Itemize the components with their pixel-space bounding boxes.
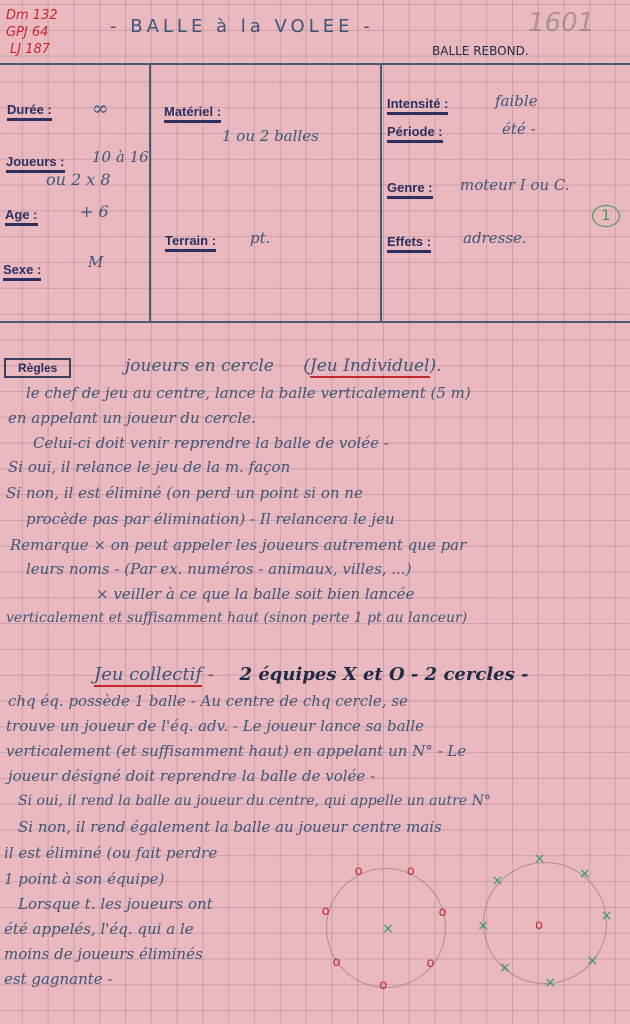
fields-divider: [0, 321, 630, 323]
rule-line: Si oui, il rend la balle au joueur du ce…: [18, 793, 491, 809]
regles-label: Règles: [4, 358, 71, 378]
rule-line: procède pas par élimination) - Il relanc…: [26, 510, 395, 528]
materiel-value: 1 ou 2 balles: [222, 127, 319, 145]
individual-tag: Jeu Individuel: [310, 356, 430, 378]
rule-line: moins de joueurs éliminés: [4, 945, 203, 963]
player-o-mark: o: [426, 956, 434, 971]
catalog-reference-3: LJ 187: [10, 42, 50, 57]
card-title-text: BALLE à la VOLEE: [130, 16, 353, 37]
sexe-value: M: [88, 253, 103, 271]
player-o-mark: o: [355, 864, 363, 879]
terrain-label: Terrain :: [165, 233, 216, 252]
rule-line: Remarque × on peut appeler les joueurs a…: [10, 536, 466, 554]
rule-line: joueur désigné doit reprendre la balle d…: [8, 767, 375, 785]
intensite-value: faible: [495, 92, 538, 110]
player-x-mark: ×: [586, 953, 598, 969]
collective-heading-rest: 2 équipes X et O - 2 cercles -: [240, 664, 529, 685]
card-title: - BALLE à la VOLEE -: [110, 16, 374, 37]
individual-heading: joueurs en cercle (Jeu Individuel).: [125, 356, 442, 376]
genre-value: moteur I ou C.: [460, 176, 570, 194]
duree-value: ∞: [92, 96, 109, 120]
player-x-mark: ×: [534, 851, 546, 867]
effets-label: Effets :: [387, 234, 431, 253]
player-x-mark: ×: [499, 960, 511, 976]
terrain-value: pt.: [250, 229, 270, 247]
player-o-mark: o: [333, 955, 341, 970]
player-x-mark: ×: [579, 866, 591, 882]
player-o-mark: o: [407, 864, 415, 879]
rule-line: leurs noms - (Par ex. numéros - animaux,…: [26, 560, 412, 578]
collective-heading: Jeu collectif - 2 équipes X et O - 2 cer…: [94, 664, 528, 685]
card-number: 1601: [528, 8, 594, 38]
player-o-mark: o: [322, 904, 330, 919]
rule-line: verticalement (et suffisamment haut) en …: [6, 742, 466, 760]
column-divider-2: [380, 63, 382, 321]
age-label: Age :: [5, 207, 38, 226]
player-x-mark: ×: [492, 873, 504, 889]
joueurs-value-alt: ou 2 x 8: [46, 170, 111, 189]
rule-line: Si oui, il relance le jeu de la m. façon: [8, 458, 290, 476]
intensite-label: Intensité :: [387, 96, 448, 115]
collective-tag: Jeu collectif: [94, 664, 202, 687]
center-x-mark: ×: [382, 921, 394, 937]
rule-line: Si non, il rend également la balle au jo…: [18, 818, 442, 836]
player-o-mark: o: [379, 978, 387, 993]
genre-label: Genre :: [387, 180, 433, 199]
rule-line: × veiller à ce que la balle soit bien la…: [96, 585, 414, 603]
rule-line: trouve un joueur de l'éq. adv. - Le joue…: [6, 717, 424, 735]
duree-label: Durée :: [7, 102, 52, 121]
player-x-mark: ×: [601, 908, 613, 924]
catalog-reference-1: Dm 132: [6, 8, 58, 23]
catalog-reference-2: GPJ 64: [6, 25, 48, 40]
player-x-mark: ×: [544, 975, 556, 991]
card-subtitle: BALLE REBOND.: [432, 44, 529, 58]
column-divider-1: [149, 63, 151, 321]
periode-value: été -: [502, 120, 536, 138]
rule-line: Lorsque t. les joueurs ont: [18, 895, 213, 913]
age-value: + 6: [80, 202, 109, 221]
sexe-label: Sexe :: [3, 262, 41, 281]
player-o-mark: o: [439, 905, 447, 920]
rule-line: été appelés, l'éq. qui a le: [4, 920, 194, 938]
individual-heading-text: joueurs en cercle: [125, 356, 274, 376]
effets-value: adresse.: [463, 229, 527, 247]
center-o-mark: o: [535, 918, 543, 933]
rule-line: est gagnante -: [4, 970, 113, 988]
rule-line: verticalement et suffisamment haut (sino…: [6, 610, 467, 626]
header-divider: [0, 63, 630, 65]
rule-line: Celui-ci doit venir reprendre la balle d…: [33, 434, 389, 452]
periode-label: Période :: [387, 124, 443, 143]
rule-line: en appelant un joueur du cercle.: [8, 409, 256, 427]
player-x-mark: ×: [477, 918, 489, 934]
rule-line: Si non, il est éliminé (on perd un point…: [6, 484, 363, 502]
circled-number: 1: [592, 205, 620, 227]
joueurs-value: 10 à 16: [92, 148, 149, 166]
rule-line: 1 point à son équipe): [4, 870, 164, 888]
rule-line: il est éliminé (ou fait perdre: [4, 844, 217, 862]
rule-line: chq éq. possède 1 balle - Au centre de c…: [8, 692, 408, 710]
rule-line: le chef de jeu au centre, lance la balle…: [26, 384, 471, 402]
materiel-label: Matériel :: [164, 104, 221, 123]
